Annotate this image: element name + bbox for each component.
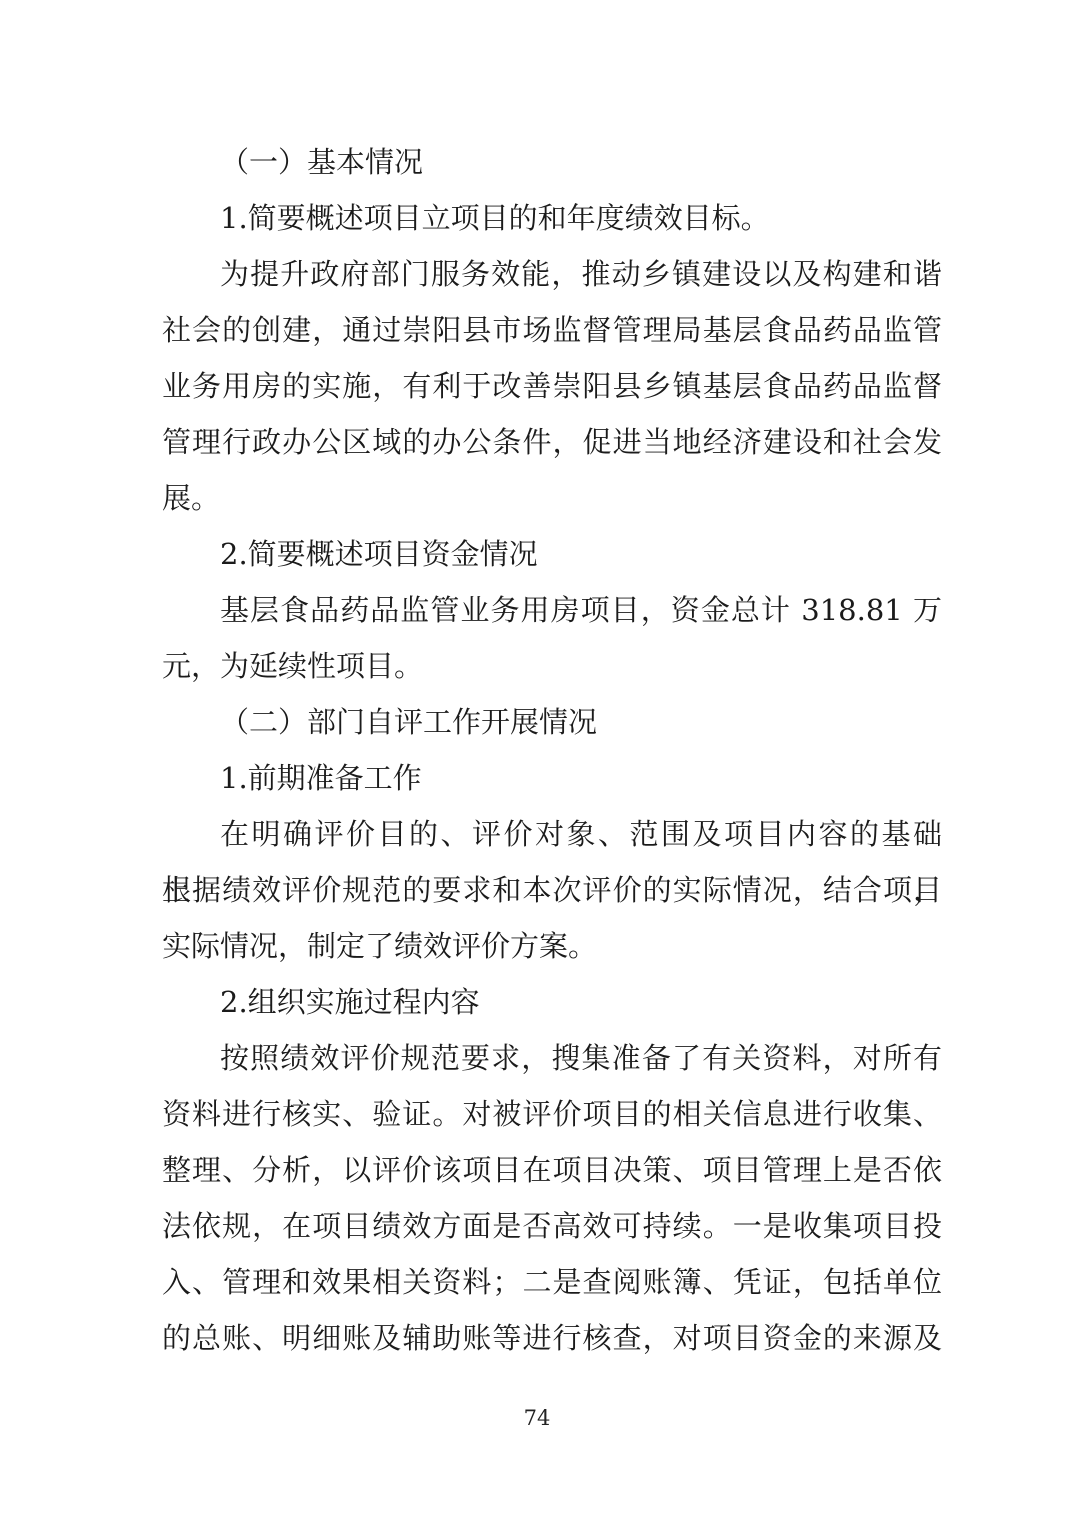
text-line: 展。 <box>162 470 942 526</box>
paragraph-numbered-item: 1.简要概述项目立项目的和年度绩效目标。 <box>162 190 942 246</box>
text-line: 实际情况，制定了绩效评价方案。 <box>162 918 942 974</box>
paragraph-body-paragraph: 基层食品药品监管业务用房项目，资金总计 318.81 万元，为延续性项目。 <box>162 582 942 694</box>
text-line: （一）基本情况 <box>162 134 942 190</box>
text-line: 社会的创建，通过崇阳县市场监督管理局基层食品药品监管 <box>162 302 942 358</box>
text-line: 管理行政办公区域的办公条件，促进当地经济建设和社会发 <box>162 414 942 470</box>
text-line: 1.简要概述项目立项目的和年度绩效目标。 <box>162 190 942 246</box>
page-number: 74 <box>0 1403 1074 1433</box>
text-line: 业务用房的实施，有利于改善崇阳县乡镇基层食品药品监督 <box>162 358 942 414</box>
text-line: 为提升政府部门服务效能，推动乡镇建设以及构建和谐 <box>162 246 942 302</box>
text-line: 入、管理和效果相关资料；二是查阅账簿、凭证，包括单位 <box>162 1254 942 1310</box>
text-line: 的总账、明细账及辅助账等进行核查，对项目资金的来源及 <box>162 1310 942 1366</box>
text-line: 根据绩效评价规范的要求和本次评价的实际情况，结合项目 <box>162 862 942 918</box>
text-line: 元，为延续性项目。 <box>162 638 942 694</box>
text-line: 按照绩效评价规范要求，搜集准备了有关资料，对所有 <box>162 1030 942 1086</box>
text-line: 2.简要概述项目资金情况 <box>162 526 942 582</box>
text-line: 法依规，在项目绩效方面是否高效可持续。一是收集项目投 <box>162 1198 942 1254</box>
document-page: （一）基本情况1.简要概述项目立项目的和年度绩效目标。为提升政府部门服务效能，推… <box>0 0 1074 1520</box>
text-line: 整理、分析，以评价该项目在项目决策、项目管理上是否依 <box>162 1142 942 1198</box>
paragraph-subheading: （一）基本情况 <box>162 134 942 190</box>
paragraph-body-paragraph: 按照绩效评价规范要求，搜集准备了有关资料，对所有资料进行核实、验证。对被评价项目… <box>162 1030 942 1366</box>
paragraph-subheading: （二）部门自评工作开展情况 <box>162 694 942 750</box>
paragraph-body-paragraph: 为提升政府部门服务效能，推动乡镇建设以及构建和谐社会的创建，通过崇阳县市场监督管… <box>162 246 942 526</box>
paragraph-body-paragraph: 在明确评价目的、评价对象、范围及项目内容的基础上，根据绩效评价规范的要求和本次评… <box>162 806 942 974</box>
document-body: （一）基本情况1.简要概述项目立项目的和年度绩效目标。为提升政府部门服务效能，推… <box>162 134 942 1366</box>
paragraph-numbered-item: 1.前期准备工作 <box>162 750 942 806</box>
text-line: 在明确评价目的、评价对象、范围及项目内容的基础上， <box>162 806 942 862</box>
text-line: 2.组织实施过程内容 <box>162 974 942 1030</box>
text-line: （二）部门自评工作开展情况 <box>162 694 942 750</box>
text-line: 资料进行核实、验证。对被评价项目的相关信息进行收集、 <box>162 1086 942 1142</box>
paragraph-numbered-item: 2.组织实施过程内容 <box>162 974 942 1030</box>
paragraph-numbered-item: 2.简要概述项目资金情况 <box>162 526 942 582</box>
text-line: 基层食品药品监管业务用房项目，资金总计 318.81 万 <box>162 582 942 638</box>
text-line: 1.前期准备工作 <box>162 750 942 806</box>
